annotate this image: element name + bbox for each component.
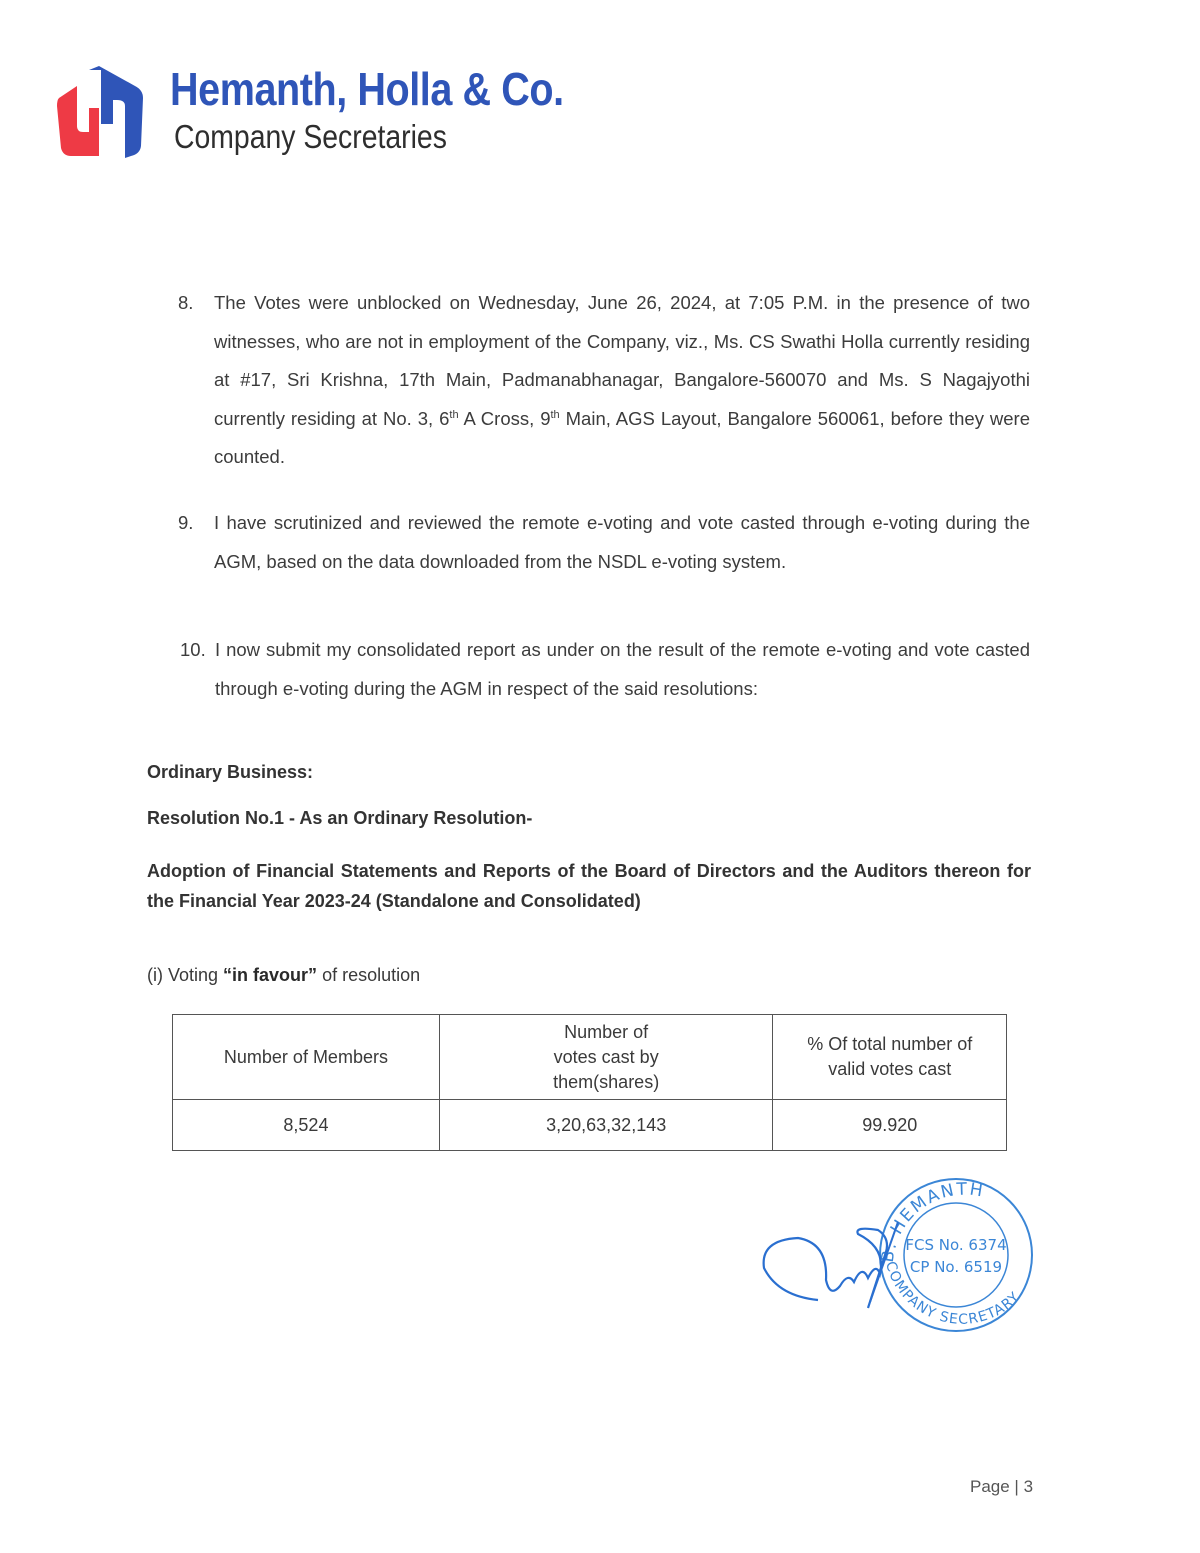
- item-number: 10.: [180, 631, 206, 670]
- svg-text:FCS No. 6374: FCS No. 6374: [905, 1236, 1006, 1254]
- item-text: The Votes were unblocked on Wednesday, J…: [214, 284, 1030, 477]
- firm-logo-icon: [55, 66, 147, 158]
- table-cell: 3,20,63,32,143: [439, 1100, 773, 1151]
- list-item-9: 9. I have scrutinized and reviewed the r…: [178, 504, 1030, 581]
- table-header-row: Number of Members Number of votes cast b…: [173, 1015, 1007, 1100]
- table-cell: 8,524: [173, 1100, 440, 1151]
- resolution-heading: Resolution No.1 - As an Ordinary Resolut…: [147, 808, 532, 829]
- firm-subtitle: Company Secretaries: [174, 118, 447, 156]
- resolution-title: Adoption of Financial Statements and Rep…: [147, 856, 1031, 916]
- table-cell: 99.920: [773, 1100, 1007, 1151]
- column-header: Number of Members: [173, 1015, 440, 1100]
- voting-results-table: Number of Members Number of votes cast b…: [172, 1014, 1007, 1151]
- item-text: I now submit my consolidated report as u…: [215, 631, 1030, 708]
- svg-text:CP No. 6519: CP No. 6519: [910, 1258, 1002, 1276]
- section-heading: Ordinary Business:: [147, 762, 313, 783]
- list-item-10: 10. I now submit my consolidated report …: [178, 631, 1030, 708]
- list-item-8: 8. The Votes were unblocked on Wednesday…: [178, 284, 1030, 477]
- item-number: 8.: [178, 284, 193, 323]
- signature-stamp-icon: B. HEMANTH COMPANY SECRETARY FCS No. 637…: [758, 1168, 1048, 1338]
- column-header: % Of total number of valid votes cast: [773, 1015, 1007, 1100]
- table-row: 8,524 3,20,63,32,143 99.920: [173, 1100, 1007, 1151]
- column-header: Number of votes cast by them(shares): [439, 1015, 773, 1100]
- item-text: I have scrutinized and reviewed the remo…: [214, 504, 1030, 581]
- item-number: 9.: [178, 504, 193, 543]
- firm-name: Hemanth, Holla & Co.: [170, 62, 564, 116]
- page-number: Page | 3: [970, 1477, 1033, 1497]
- voting-label: (i) Voting “in favour” of resolution: [147, 965, 420, 986]
